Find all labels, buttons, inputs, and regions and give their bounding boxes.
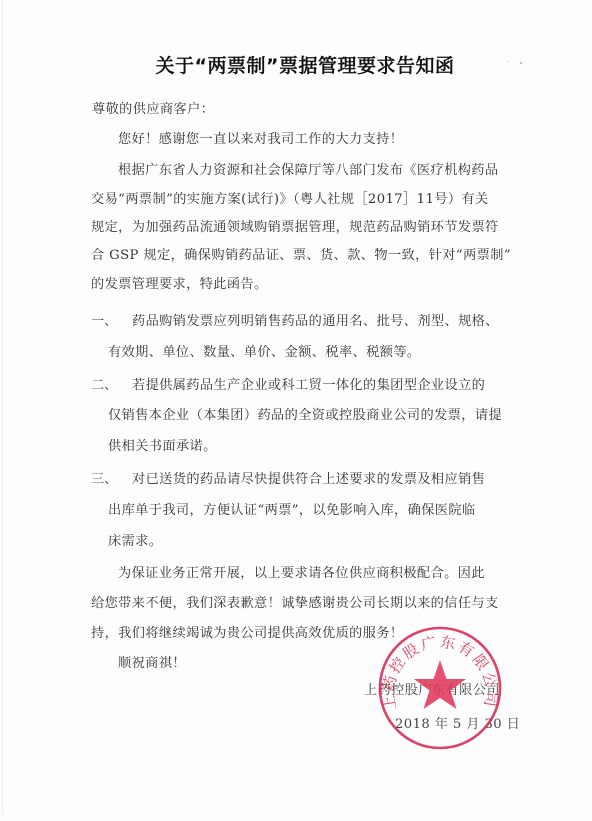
letter-page: 关于“两票制”票据管理要求告知函 尊敬的供应商客户： 您好！感谢您一直以来对我司…	[0, 0, 592, 821]
item-line: 床需求。	[108, 530, 162, 549]
item-line: 若提供属药品生产企业或科工贸一体化的集团型企业设立的	[132, 374, 485, 393]
item-number: 一、	[91, 310, 117, 329]
item-line: 仅销售本企业（本集团）药品的全资或控股商业公司的发票，请提	[108, 404, 502, 423]
regards: 顺祝商祺！	[118, 652, 186, 671]
intro-line: 的发票管理要求，特此函告。	[91, 273, 268, 292]
intro-line: 根据广东省人力资源和社会保障厅等八部门发布《医疗机构药品	[118, 159, 498, 178]
intro-line: 合 GSP 规定，确保购销药品证、票、货、款、物一致，针对“两票制”	[91, 244, 511, 263]
letter-title: 关于“两票制”票据管理要求告知函	[0, 51, 592, 78]
item-line: 有效期、单位、数量、单价、金额、税率、税额等。	[108, 341, 421, 360]
seal-text: 上药控股广东有限公司	[379, 633, 500, 712]
intro-line: 规定，为加强药品流通领域购销票据管理，规范药品购销环节发票符	[91, 216, 499, 235]
page-edge	[2, 0, 3, 815]
intro-line: 交易“两票制”的实施方案(试行)》（粤人社规［2017］11号）有关	[91, 188, 489, 207]
item-number: 二、	[91, 374, 117, 393]
svg-text:上药控股广东有限公司: 上药控股广东有限公司	[379, 633, 500, 712]
signature-date: 2018 年 5 月 30 日	[395, 713, 520, 732]
salutation: 尊敬的供应商客户：	[92, 98, 214, 117]
item-number: 三、	[91, 468, 117, 487]
signature-company: 上药控股广东有限公司	[364, 679, 500, 698]
greeting: 您好！感谢您一直以来对我司工作的大力支持！	[118, 128, 403, 147]
closing-line: 为保证业务正常开展，以上要求请各位供应商积极配合。因此	[118, 562, 485, 581]
item-line: 对已送货的药品请尽快提供符合上述要求的发票及相应销售	[132, 468, 485, 487]
closing-line: 持，我们将继续竭诚为贵公司提供高效优质的服务！	[91, 622, 404, 641]
item-line: 出库单于我司，方便认证“两票”，以免影响入库，确保医院临	[108, 499, 476, 518]
closing-line: 给您带来不便，我们深表歉意！诚挚感谢贵公司长期以来的信任与支	[91, 592, 499, 611]
item-line: 供相关书面承诺。	[108, 435, 217, 454]
item-line: 药品购销发票应列明销售药品的通用名、批号、剂型、规格、	[132, 310, 499, 329]
